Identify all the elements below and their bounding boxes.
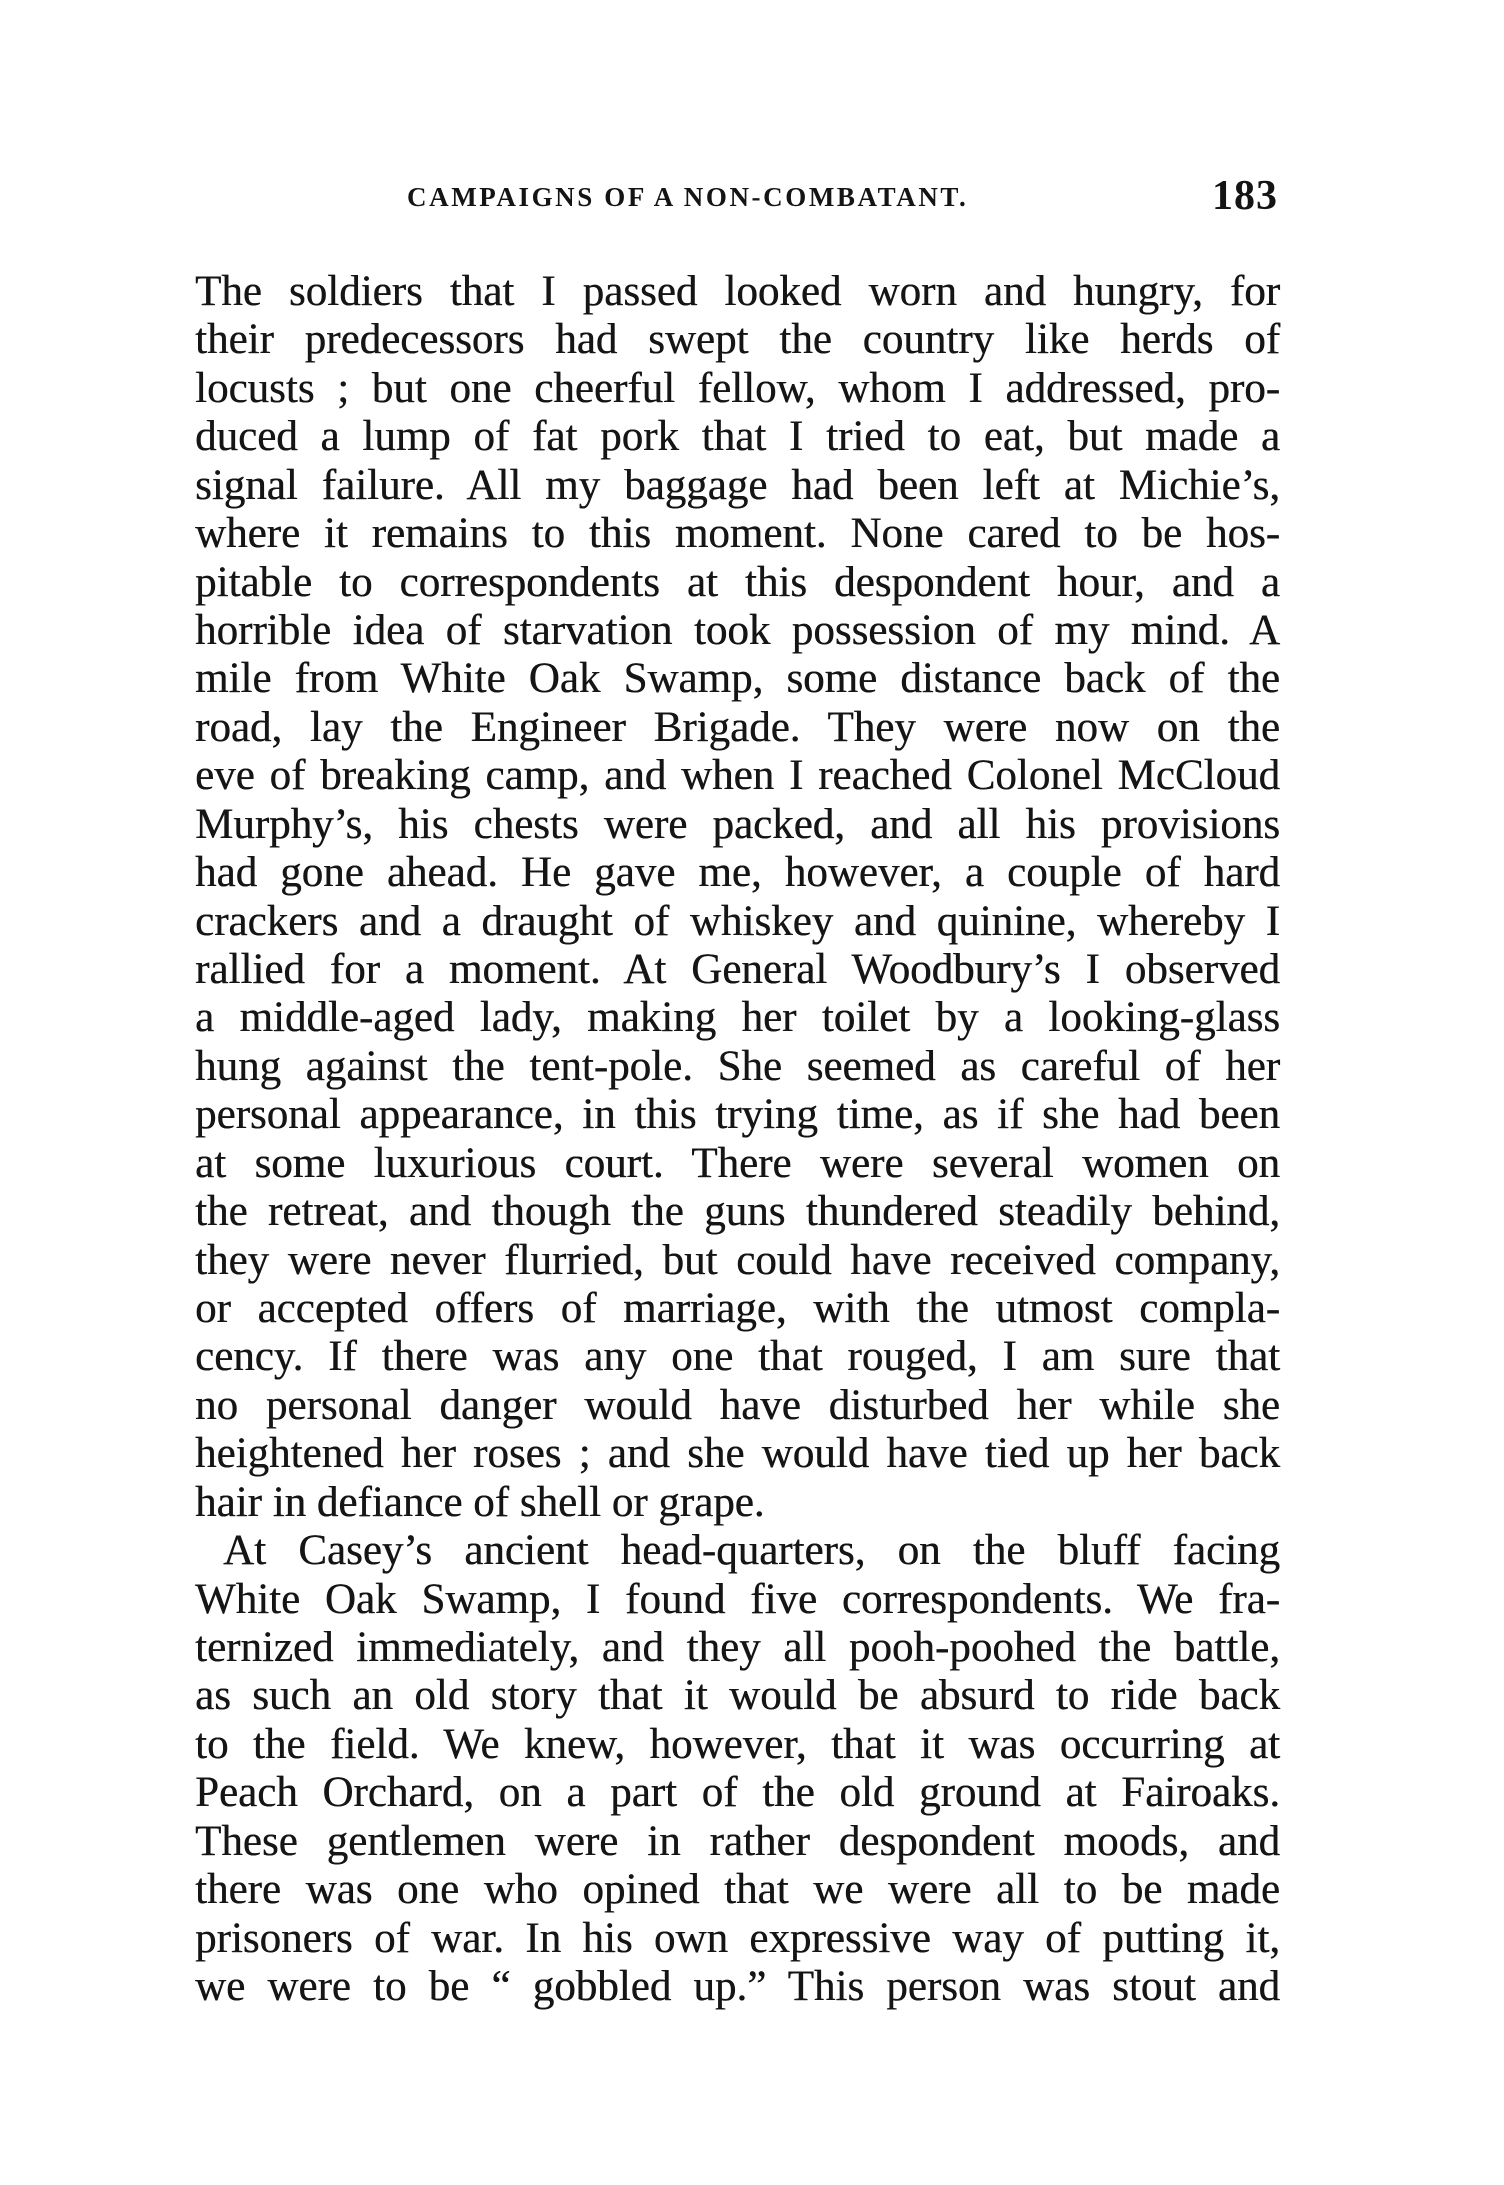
text-line: Murphy’s, his chests were packed, and al… [195, 801, 1280, 849]
text-line: their predecessors had swept the country… [195, 316, 1280, 364]
book-page: CAMPAIGNS OF A NON-COMBATANT. 183 The so… [0, 0, 1504, 2185]
text-line: hung against the tent-pole. She seemed a… [195, 1043, 1280, 1091]
text-line: horrible idea of starvation took possess… [195, 607, 1280, 655]
text-line: pitable to correspondents at this despon… [195, 559, 1280, 607]
text-line: there was one who opined that we were al… [195, 1866, 1280, 1914]
text-line: These gentlemen were in rather desponden… [195, 1818, 1280, 1866]
text-line: a middle-aged lady, making her toilet by… [195, 994, 1280, 1042]
text-line: or accepted offers of marriage, with the… [195, 1285, 1280, 1333]
text-line: hair in defiance of shell or grape. [195, 1479, 1280, 1527]
text-line: The soldiers that I passed looked worn a… [195, 268, 1280, 316]
text-line: rallied for a moment. At General Woodbur… [195, 946, 1280, 994]
text-line: eve of breaking camp, and when I reached… [195, 752, 1280, 800]
text-line: where it remains to this moment. None ca… [195, 510, 1280, 558]
text-line: they were never flurried, but could have… [195, 1237, 1280, 1285]
text-line: prisoners of war. In his own expressive … [195, 1915, 1280, 1963]
text-line: to the field. We knew, however, that it … [195, 1721, 1280, 1769]
text-line: At Casey’s ancient head-quarters, on the… [223, 1527, 1280, 1575]
text-line: we were to be “ gobbled up.” This person… [195, 1963, 1280, 2011]
text-line: as such an old story that it would be ab… [195, 1672, 1280, 1720]
text-line: no personal danger would have disturbed … [195, 1382, 1280, 1430]
text-line: at some luxurious court. There were seve… [195, 1140, 1280, 1188]
text-line: mile from White Oak Swamp, some distance… [195, 655, 1280, 703]
text-line: the retreat, and though the guns thunder… [195, 1188, 1280, 1236]
running-head: CAMPAIGNS OF A NON-COMBATANT. 183 [195, 176, 1280, 212]
page-number: 183 [1212, 172, 1278, 220]
text-line: cency. If there was any one that rouged,… [195, 1333, 1280, 1381]
text-line: personal appearance, in this trying time… [195, 1091, 1280, 1139]
text-line: locusts ; but one cheerful fellow, whom … [195, 365, 1280, 413]
text-line: road, lay the Engineer Brigade. They wer… [195, 704, 1280, 752]
running-title: CAMPAIGNS OF A NON-COMBATANT. [407, 182, 968, 213]
text-line: ternized immediately, and they all pooh-… [195, 1624, 1280, 1672]
text-line: Peach Orchard, on a part of the old grou… [195, 1769, 1280, 1817]
text-line: heightened her roses ; and she would hav… [195, 1430, 1280, 1478]
text-line: crackers and a draught of whiskey and qu… [195, 898, 1280, 946]
text-line: White Oak Swamp, I found five correspond… [195, 1576, 1280, 1624]
text-line: signal failure. All my baggage had been … [195, 462, 1280, 510]
text-line: had gone ahead. He gave me, however, a c… [195, 849, 1280, 897]
text-line: duced a lump of fat pork that I tried to… [195, 413, 1280, 461]
